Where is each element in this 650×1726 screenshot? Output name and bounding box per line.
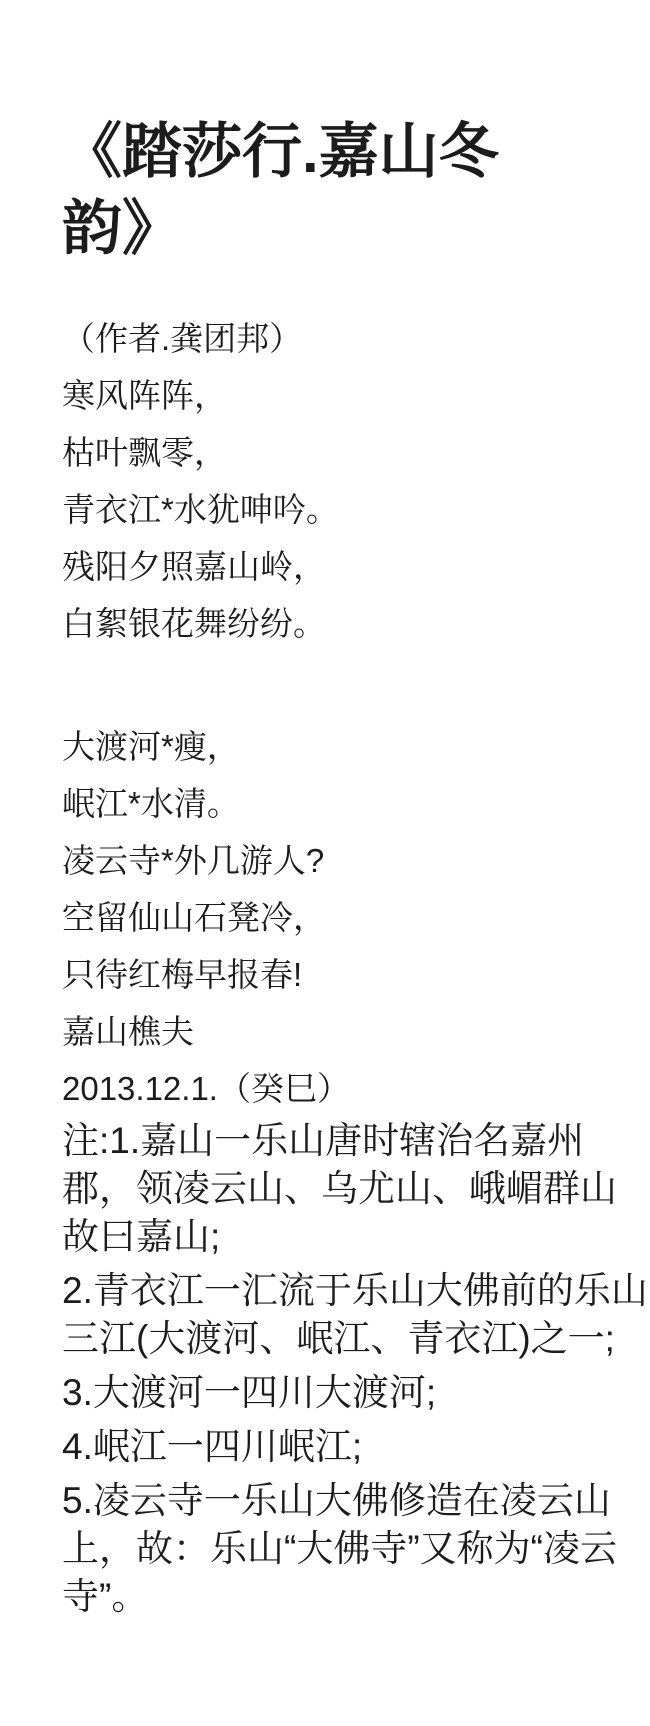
page-title-line: 《踏莎行.嘉山冬 bbox=[62, 113, 614, 190]
poem-line: 只待红梅早报春! bbox=[62, 946, 614, 1003]
note-line: 上，故：乐山“大佛寺”又称为“凌云 bbox=[62, 1525, 614, 1573]
note-line: 寺”。 bbox=[62, 1573, 614, 1621]
note-line: 三江(大渡河、岷江、青衣江)之一; bbox=[62, 1315, 614, 1363]
signature-line: 嘉山樵夫 bbox=[62, 1003, 614, 1060]
poem-line: 枯叶飘零， bbox=[62, 424, 614, 481]
poem-line: 青衣江*水犹呻吟。 bbox=[62, 481, 614, 538]
note-paragraph-3: 3.大渡河一四川大渡河; bbox=[62, 1369, 614, 1417]
note-line: 3.大渡河一四川大渡河; bbox=[62, 1369, 614, 1417]
note-line: 郡，领凌云山、乌尤山、峨嵋群山 bbox=[62, 1165, 614, 1213]
poem-line: 凌云寺*外几游人? bbox=[62, 832, 614, 889]
notes-section: 注:1.嘉山一乐山唐时辖治名嘉州 郡，领凌云山、乌尤山、峨嵋群山 故曰嘉山; 2… bbox=[62, 1117, 614, 1621]
poem-line: 残阳夕照嘉山岭， bbox=[62, 538, 614, 595]
note-line: 4.岷江一四川岷江; bbox=[62, 1423, 614, 1471]
note-line: 故曰嘉山; bbox=[62, 1213, 614, 1261]
poem-document: 《踏莎行.嘉山冬 韵》 （作者.龚团邦） 寒风阵阵， 枯叶飘零， 青衣江*水犹呻… bbox=[0, 0, 650, 1621]
note-paragraph-4: 4.岷江一四川岷江; bbox=[62, 1423, 614, 1471]
note-paragraph-5: 5.凌云寺一乐山大佛修造在凌云山 上，故：乐山“大佛寺”又称为“凌云 寺”。 bbox=[62, 1477, 614, 1621]
author-byline: （作者.龚团邦） bbox=[62, 310, 614, 367]
note-line: 5.凌云寺一乐山大佛修造在凌云山 bbox=[62, 1477, 614, 1525]
date-line: 2013.12.1.（癸巳） bbox=[62, 1060, 614, 1117]
stanza-1: 寒风阵阵， 枯叶飘零， 青衣江*水犹呻吟。 残阳夕照嘉山岭， 白絮银花舞纷纷。 bbox=[62, 367, 614, 652]
poem-line: 大渡河*瘦， bbox=[62, 718, 614, 775]
page-title: 《踏莎行.嘉山冬 韵》 bbox=[62, 113, 614, 267]
stanza-2: 大渡河*瘦， 岷江*水清。 凌云寺*外几游人? 空留仙山石凳冷， 只待红梅早报春… bbox=[62, 718, 614, 1003]
poem-line: 寒风阵阵， bbox=[62, 367, 614, 424]
poem-line: 岷江*水清。 bbox=[62, 775, 614, 832]
note-paragraph-2: 2.青衣江一汇流于乐山大佛前的乐山 三江(大渡河、岷江、青衣江)之一; bbox=[62, 1267, 614, 1363]
page-title-line: 韵》 bbox=[62, 190, 614, 267]
note-paragraph-1: 注:1.嘉山一乐山唐时辖治名嘉州 郡，领凌云山、乌尤山、峨嵋群山 故曰嘉山; bbox=[62, 1117, 614, 1261]
note-line: 注:1.嘉山一乐山唐时辖治名嘉州 bbox=[62, 1117, 614, 1165]
poem-line: 空留仙山石凳冷， bbox=[62, 889, 614, 946]
note-line: 2.青衣江一汇流于乐山大佛前的乐山 bbox=[62, 1267, 614, 1315]
poem-line: 白絮银花舞纷纷。 bbox=[62, 595, 614, 652]
